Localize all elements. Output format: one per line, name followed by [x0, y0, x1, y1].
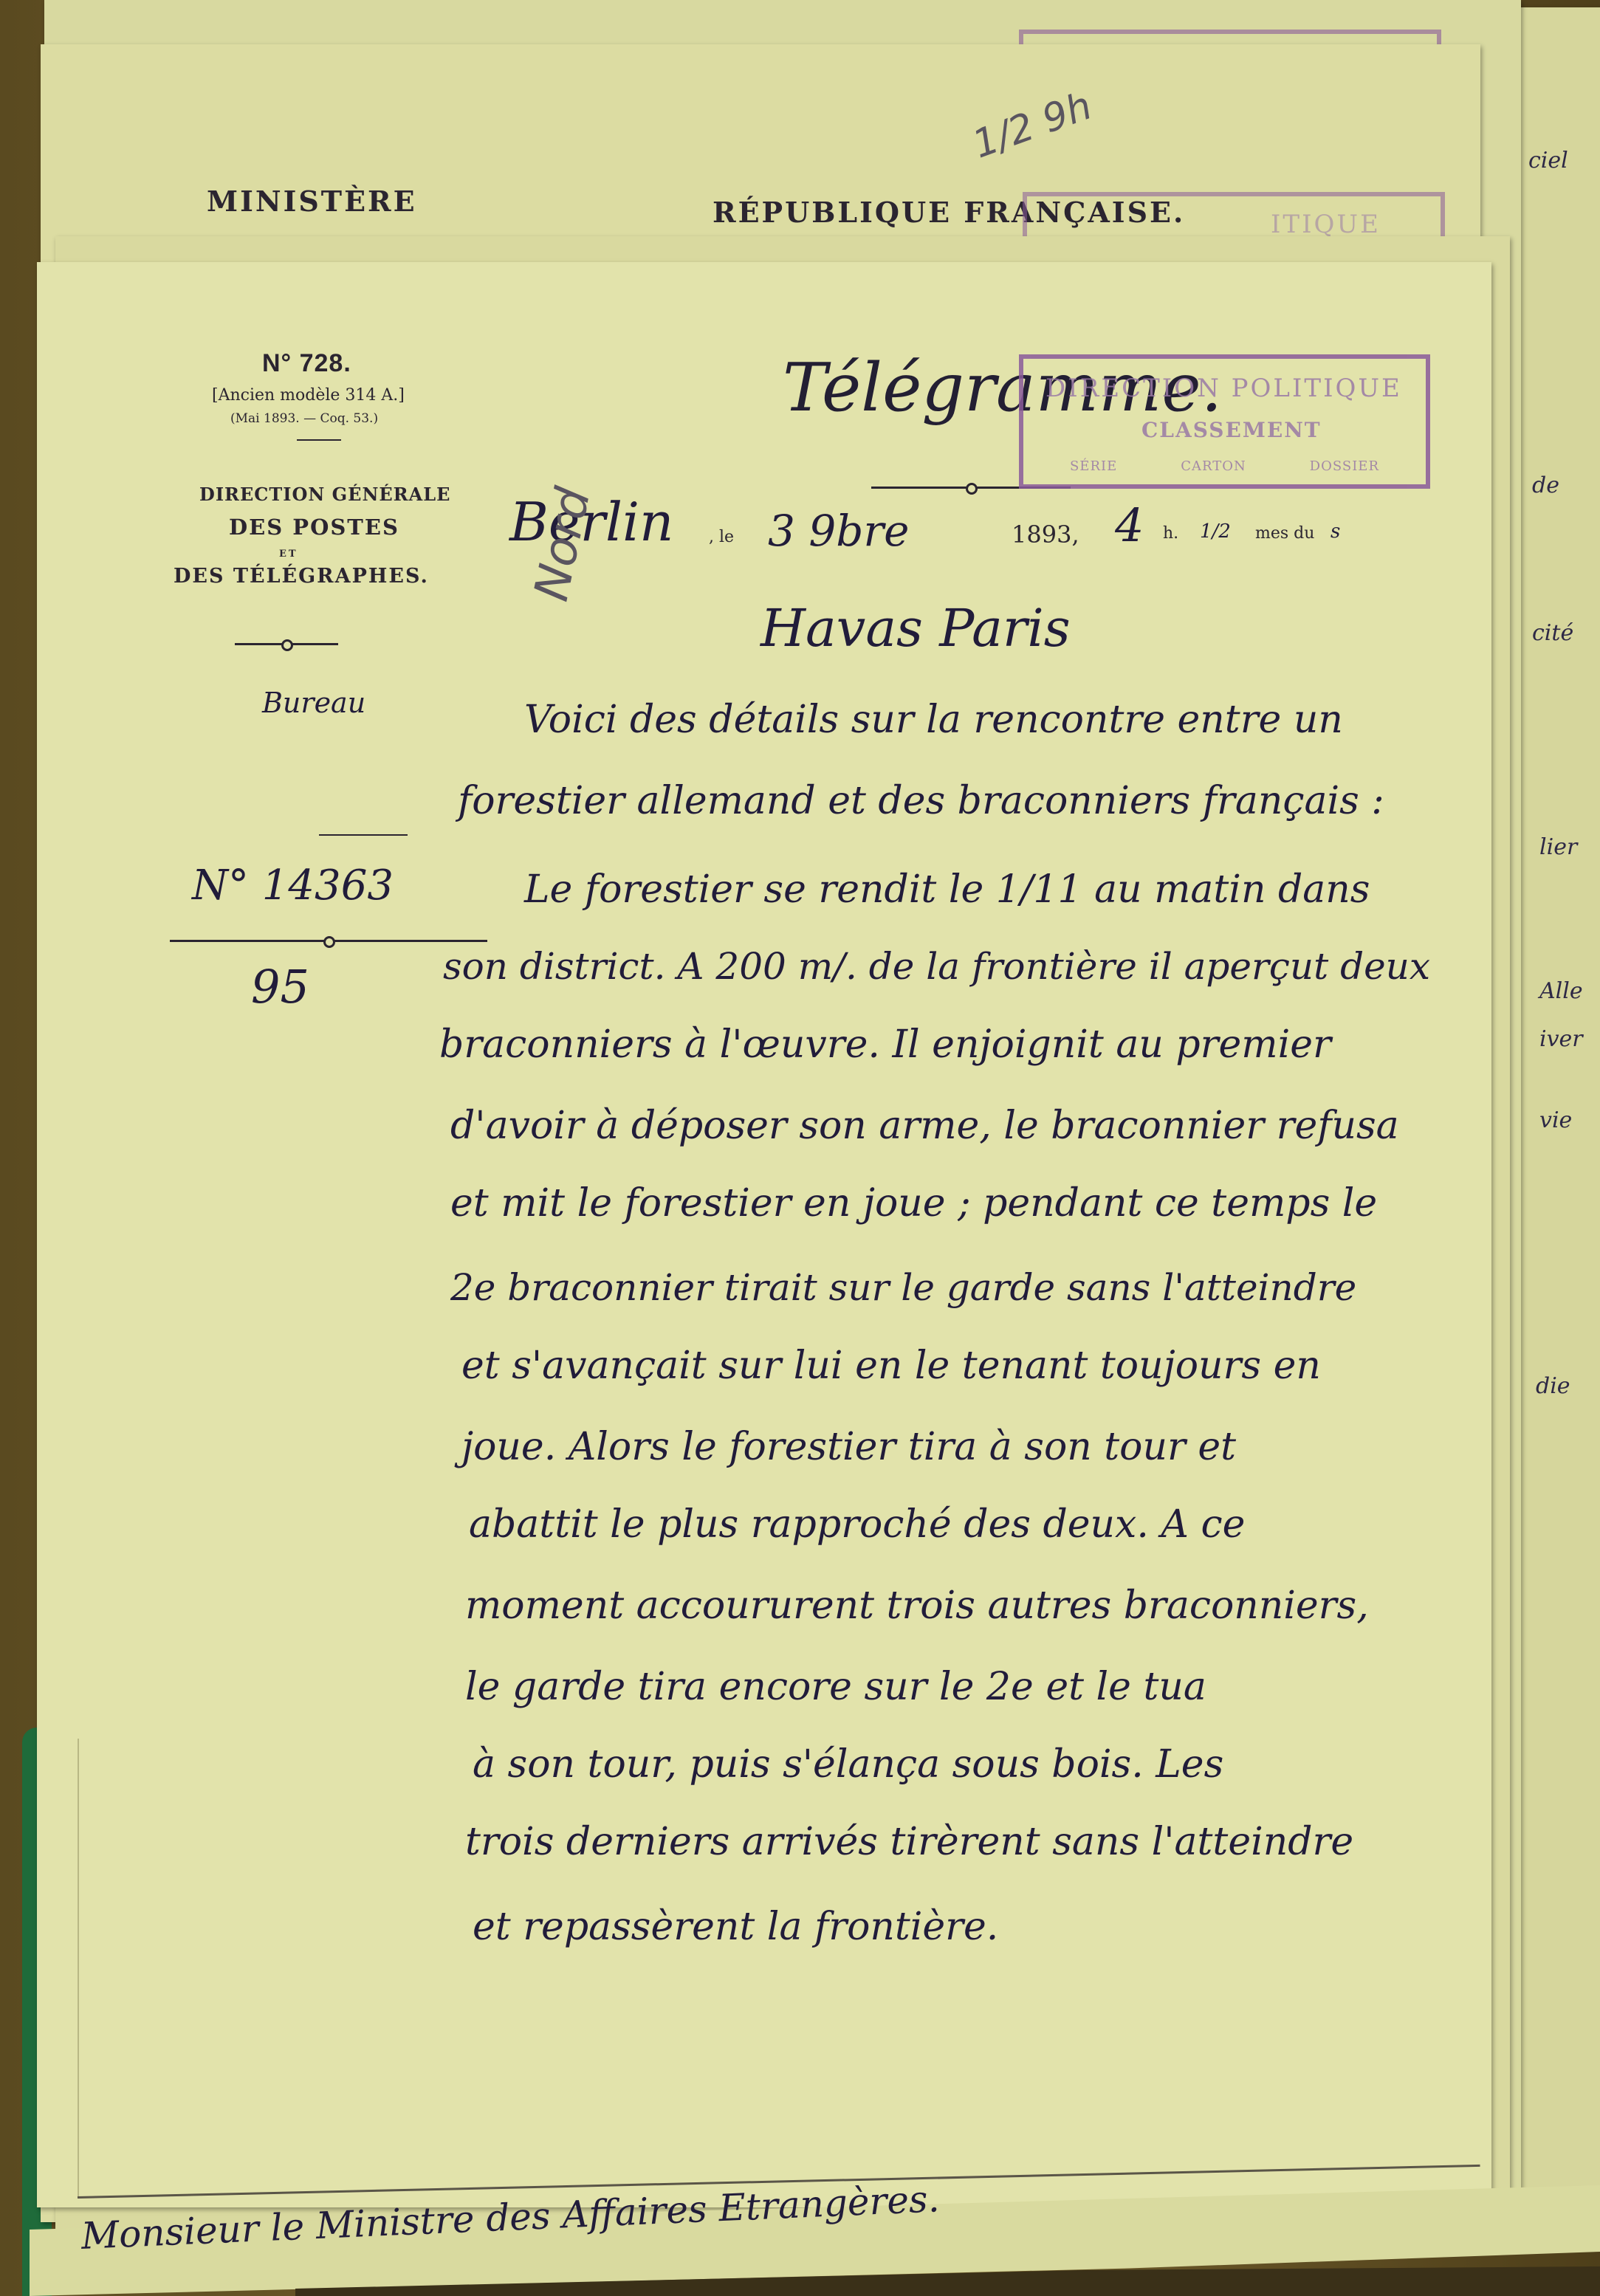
dateline-m-label: mes du: [1255, 524, 1314, 543]
body-line: Le forestier se rendit le 1/11 au matin …: [524, 867, 1370, 912]
margin-fragment: iver: [1539, 1026, 1583, 1052]
margin-fragment: ciel: [1528, 148, 1568, 173]
body-line: forestier allemand et des braconniers fr…: [458, 779, 1384, 823]
margin-fragment: de: [1532, 472, 1559, 498]
margin-fragment: Alle: [1539, 978, 1583, 1004]
body-line: son district. A 200 m/. de la frontière …: [443, 945, 1430, 988]
short-rule: [297, 439, 341, 441]
registration-number: N° 14363: [192, 862, 394, 910]
dateline-day: 3 9bre: [768, 506, 909, 556]
body-line: le garde tira encore sur le 2e et le tua: [465, 1665, 1206, 1709]
margin-fragment: vie: [1539, 1107, 1572, 1133]
body-line: et repassèrent la frontière.: [473, 1905, 998, 1949]
body-line: trois derniers arrivés tirèrent sans l'a…: [465, 1820, 1353, 1864]
stamp-serie: SÉRIE: [1070, 458, 1117, 474]
addressee: Havas Paris: [760, 598, 1071, 659]
body-line: 2e braconnier tirait sur le garde sans l…: [450, 1266, 1356, 1309]
margin-fragment: die: [1536, 1373, 1570, 1399]
dateline-year: 1893,: [1012, 520, 1079, 549]
body-line: et s'avançait sur lui en le tenant toujo…: [461, 1344, 1321, 1388]
dateline-suffix: s: [1331, 520, 1340, 543]
body-line: Voici des détails sur la rencontre entre…: [524, 698, 1343, 742]
bureau-label: Bureau: [262, 687, 365, 719]
des-telegraphes: DES TÉLÉGRAPHES.: [174, 565, 429, 588]
dateline-le: , le: [709, 528, 734, 546]
dateline-h-label: h.: [1163, 524, 1178, 543]
ancien-modele: [Ancien modèle 314 A.]: [212, 386, 405, 405]
short-rule-2: [319, 834, 408, 836]
et-label: ET: [279, 549, 298, 560]
stamp-dossier: DOSSIER: [1310, 458, 1379, 474]
body-line: à son tour, puis s'élança sous bois. Les: [473, 1742, 1223, 1787]
telegram-sheet: N° 728. [Ancien modèle 314 A.] (Mai 1893…: [37, 262, 1491, 2207]
stamp-carton: CARTON: [1181, 458, 1246, 474]
ornament-divider: [235, 639, 338, 649]
ministere-heading: MINISTÈRE: [207, 185, 417, 218]
dateline-hour: 4: [1115, 498, 1144, 552]
body-line: joue. Alors le forestier tira à son tour…: [461, 1425, 1236, 1469]
body-line: et mit le forestier en joue ; pendant ce…: [450, 1181, 1377, 1226]
page-edge-line: [78, 1739, 79, 2196]
classement-stamp: DIRECTION POLITIQUE CLASSEMENT SÉRIE CAR…: [1019, 354, 1430, 489]
margin-fragment: lier: [1539, 834, 1577, 860]
pencil-mark: 1/2 9h: [967, 83, 1098, 167]
body-line: braconniers à l'œuvre. Il enjoignit au p…: [439, 1022, 1331, 1067]
direction-generale: DIRECTION GÉNÉRALE: [199, 484, 450, 505]
body-line: abattit le plus rapproché des deux. A ce: [469, 1502, 1245, 1547]
form-number: N° 728.: [262, 349, 351, 378]
registration-divider: [170, 935, 487, 946]
registration-count: 95: [251, 960, 309, 1014]
body-line: d'avoir à déposer son arme, le braconnie…: [450, 1104, 1399, 1148]
des-postes: DES POSTES: [229, 515, 399, 540]
body-line: moment accoururent trois autres braconni…: [465, 1584, 1369, 1628]
margin-fragment: cité: [1532, 620, 1573, 646]
edition-line: (Mai 1893. — Coq. 53.): [230, 411, 378, 426]
dateline-minutes: 1/2: [1200, 520, 1231, 543]
